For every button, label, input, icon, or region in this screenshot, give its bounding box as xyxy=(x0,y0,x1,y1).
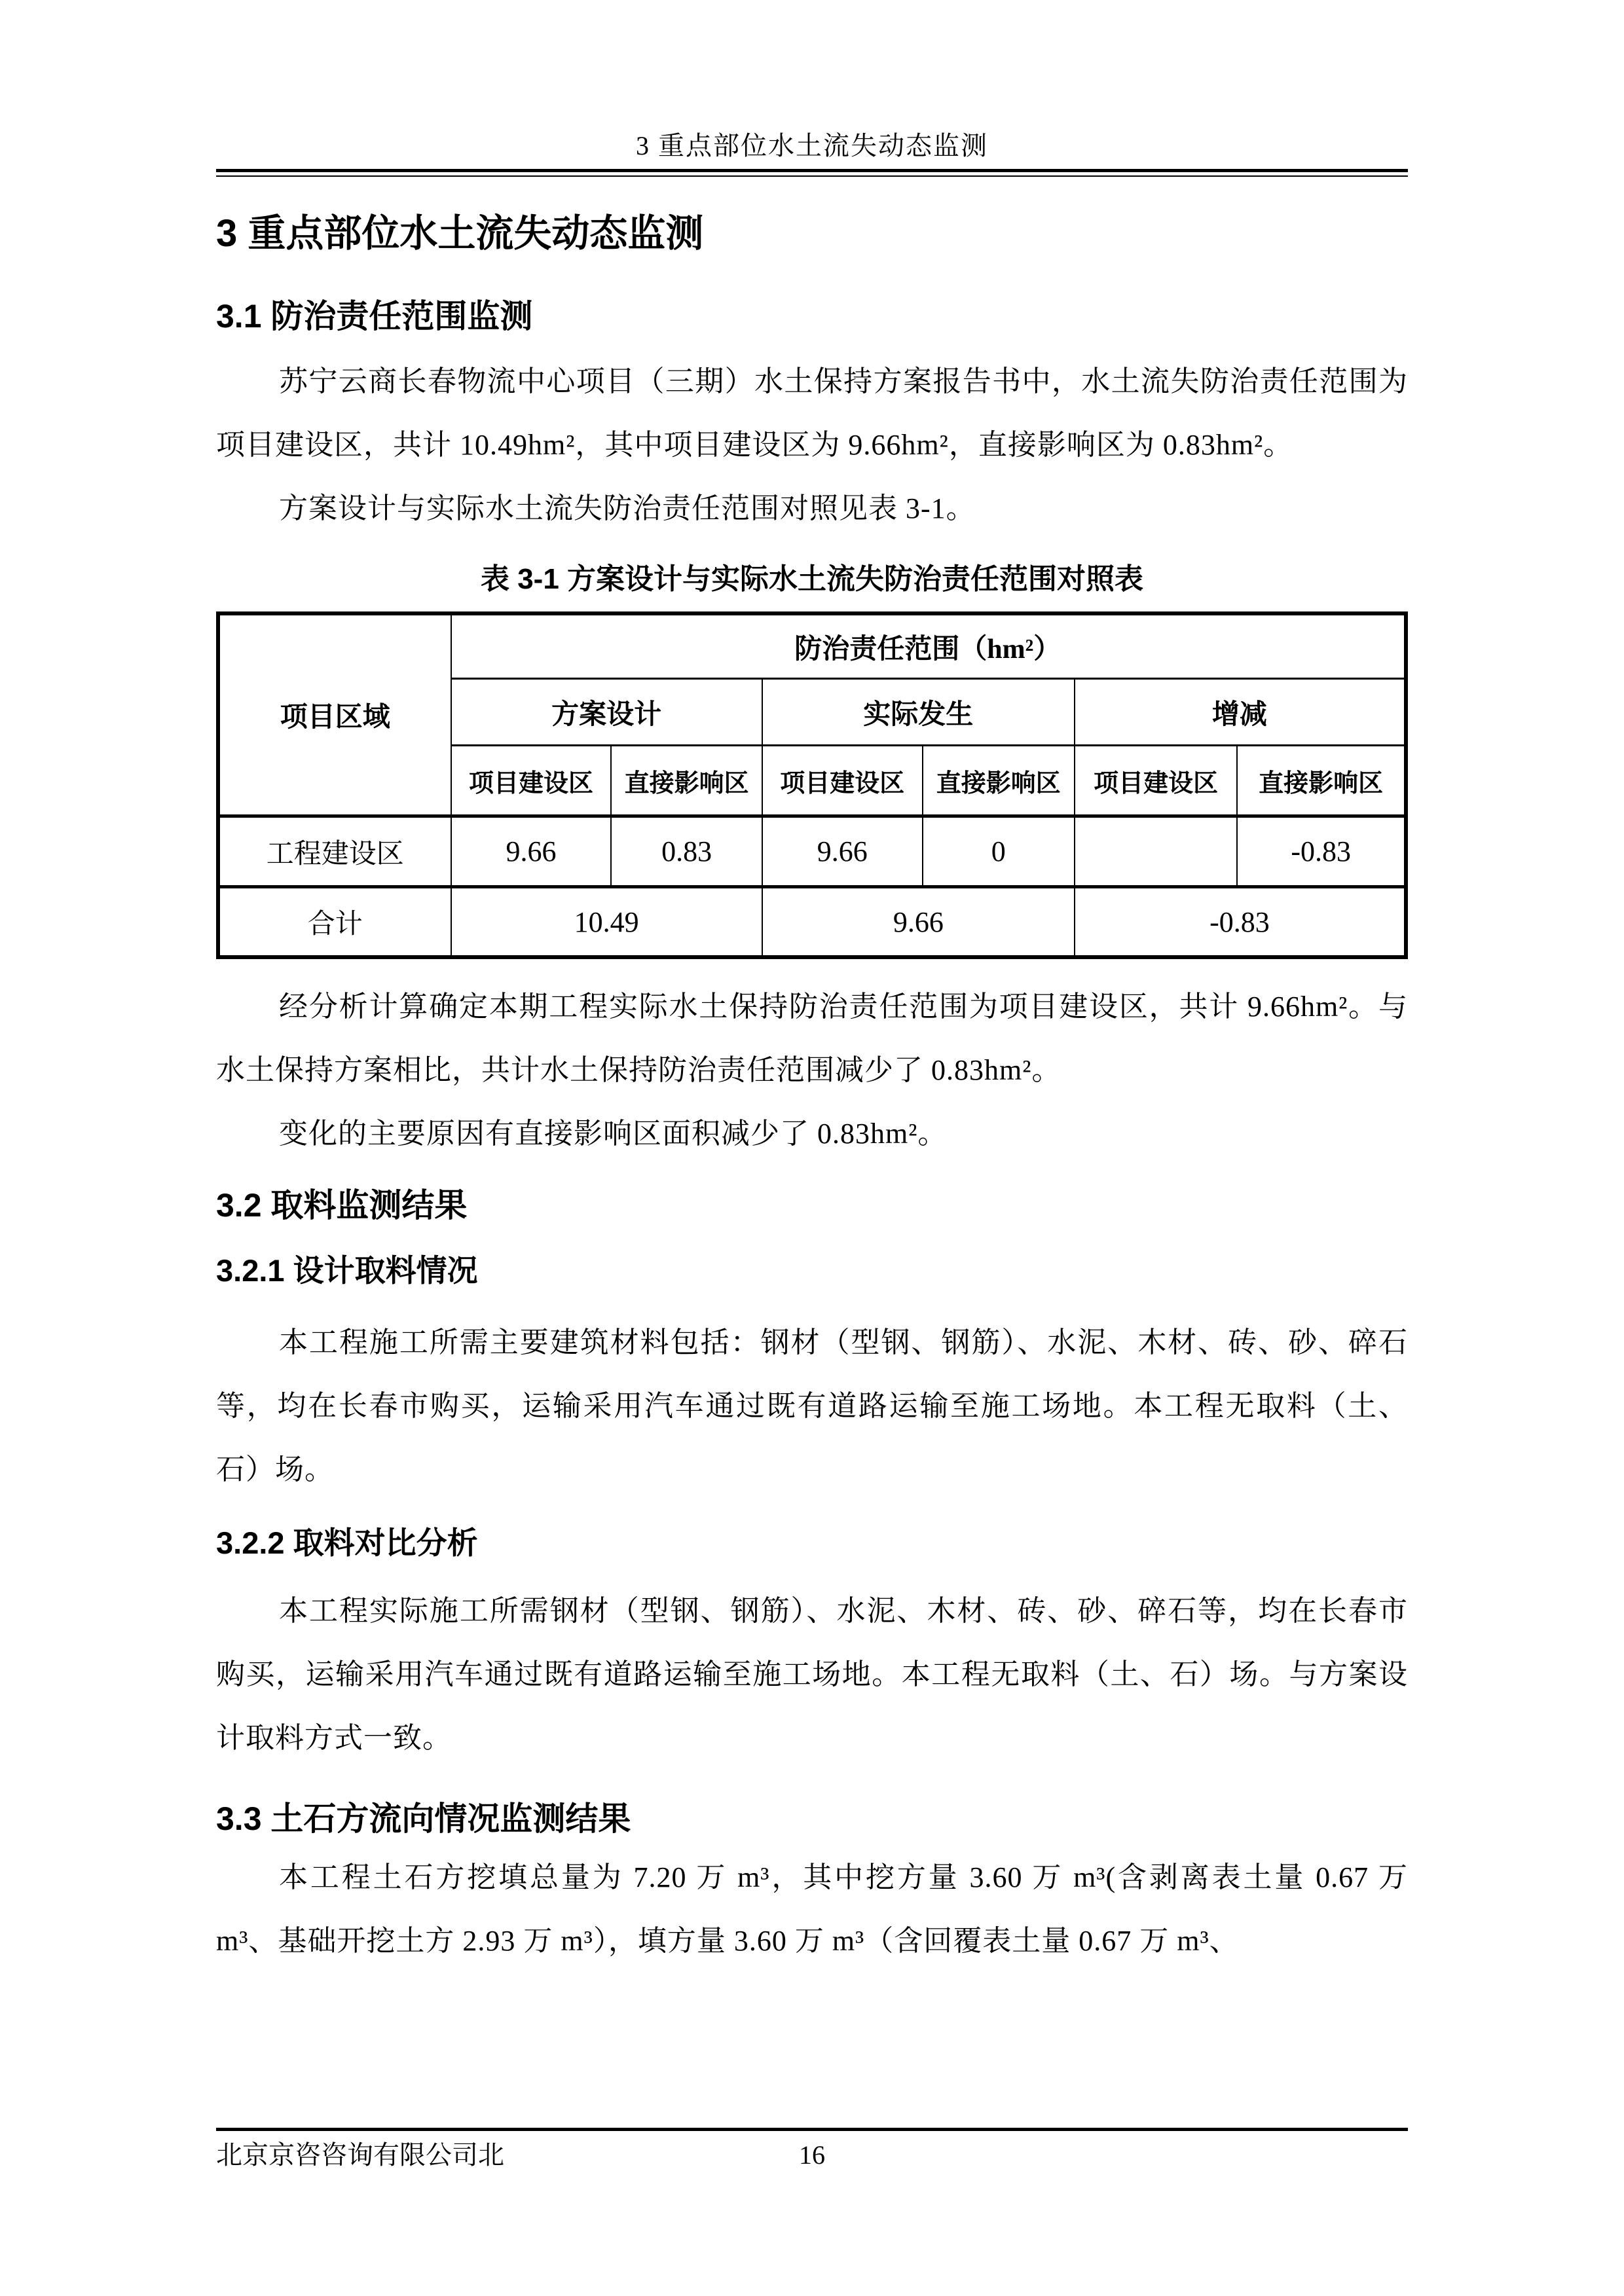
sub-header-cell: 直接影响区 xyxy=(611,746,762,816)
table-total-row: 合计 10.49 9.66 -0.83 xyxy=(218,887,1406,958)
data-cell: -0.83 xyxy=(1237,816,1406,887)
row-label-cell: 工程建设区 xyxy=(218,816,451,887)
table-data-row-construction-area: 工程建设区 9.66 0.83 9.66 0 -0.83 xyxy=(218,816,1406,887)
group-header-actual: 实际发生 xyxy=(762,679,1075,746)
header-rule xyxy=(216,169,1408,177)
corner-header-cell: 项目区域 xyxy=(218,613,451,816)
data-cell: 9.66 xyxy=(451,816,612,887)
paragraph-earthwork-volume: 本工程土石方挖填总量为 7.20 万 m³，其中挖方量 3.60 万 m³(含剥… xyxy=(216,1846,1408,1973)
document-page: 3 重点部位水土流失动态监测 3 重点部位水土流失动态监测 3.1 防治责任范围… xyxy=(0,0,1624,2296)
sub-header-cell: 直接影响区 xyxy=(1237,746,1406,816)
span-header-cell: 防治责任范围（hm²） xyxy=(451,613,1406,679)
paragraph-table-reference: 方案设计与实际水土流失防治责任范围对照见表 3-1。 xyxy=(216,477,1408,540)
sub-header-cell: 项目建设区 xyxy=(1075,746,1238,816)
data-cell: 0.83 xyxy=(611,816,762,887)
paragraph-analysis-result: 经分析计算确定本期工程实际水土保持防治责任范围为项目建设区，共计 9.66hm²… xyxy=(216,975,1408,1102)
total-cell-design: 10.49 xyxy=(451,887,762,958)
page-header: 3 重点部位水土流失动态监测 xyxy=(216,0,1408,177)
total-cell-actual: 9.66 xyxy=(762,887,1075,958)
paragraph-design-materials: 本工程施工所需主要建筑材料包括：钢材（型钢、钢筋）、水泥、木材、砖、砂、碎石等，… xyxy=(216,1311,1408,1501)
responsibility-table-wrapper: 项目区域 防治责任范围（hm²） 方案设计 实际发生 增减 项目建设区 直接影响… xyxy=(216,611,1408,959)
section-heading-3-2: 3.2 取料监测结果 xyxy=(216,1182,1408,1228)
responsibility-comparison-table: 项目区域 防治责任范围（hm²） 方案设计 实际发生 增减 项目建设区 直接影响… xyxy=(216,611,1408,959)
row-label-cell: 合计 xyxy=(218,887,451,958)
section-heading-3-2-1: 3.2.1 设计取料情况 xyxy=(216,1249,1408,1292)
data-cell: 0 xyxy=(923,816,1075,887)
chapter-heading: 3 重点部位水土流失动态监测 xyxy=(216,207,1408,261)
section-heading-3-1: 3.1 防治责任范围监测 xyxy=(216,293,1408,339)
paragraph-responsibility-scope: 苏宁云商长春物流中心项目（三期）水土保持方案报告书中，水土流失防治责任范围为项目… xyxy=(216,350,1408,477)
sub-header-cell: 项目建设区 xyxy=(762,746,923,816)
section-heading-3-2-2: 3.2.2 取料对比分析 xyxy=(216,1522,1408,1565)
running-header-title: 3 重点部位水土流失动态监测 xyxy=(216,128,1408,164)
paragraph-change-reason: 变化的主要原因有直接影响区面积减少了 0.83hm²。 xyxy=(216,1102,1408,1165)
group-header-change: 增减 xyxy=(1075,679,1406,746)
paragraph-materials-comparison: 本工程实际施工所需钢材（型钢、钢筋）、水泥、木材、砖、砂、碎石等，均在长春市购买… xyxy=(216,1579,1408,1770)
footer-company-name: 北京京咨咨询有限公司北 xyxy=(216,2138,504,2173)
data-cell: 9.66 xyxy=(762,816,923,887)
sub-header-cell: 直接影响区 xyxy=(923,746,1075,816)
total-cell-change: -0.83 xyxy=(1075,887,1406,958)
table-caption: 表 3-1 方案设计与实际水土流失防治责任范围对照表 xyxy=(216,556,1408,602)
section-heading-3-3: 3.3 土石方流向情况监测结果 xyxy=(216,1796,1408,1842)
page-footer: 北京京咨咨询有限公司北 16 xyxy=(216,2128,1408,2173)
group-header-design: 方案设计 xyxy=(451,679,762,746)
document-body: 3 重点部位水土流失动态监测 3.1 防治责任范围监测 苏宁云商长春物流中心项目… xyxy=(216,196,1408,1973)
sub-header-cell: 项目建设区 xyxy=(451,746,612,816)
table-header-row-1: 项目区域 防治责任范围（hm²） xyxy=(218,613,1406,679)
footer-row: 北京京咨咨询有限公司北 16 xyxy=(216,2138,1408,2173)
footer-rule xyxy=(216,2128,1408,2131)
footer-page-number: 16 xyxy=(799,2138,825,2173)
data-cell-empty xyxy=(1075,816,1238,887)
